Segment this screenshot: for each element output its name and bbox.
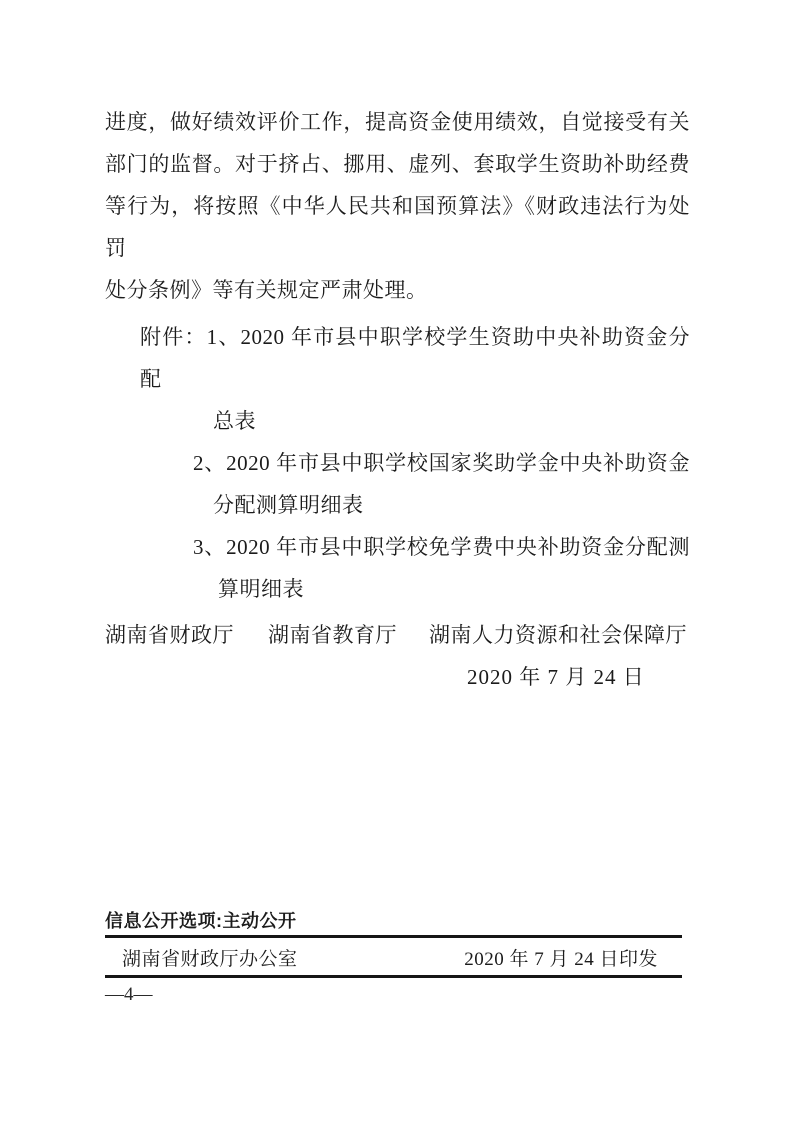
paragraph-line: 处分条例》等有关规定严肃处理。 <box>105 269 690 311</box>
issuing-office: 湖南省财政厅办公室 <box>105 946 298 974</box>
attachment-item-1: 附件：1、2020 年市县中职学校学生资助中央补助资金分配 <box>140 316 690 400</box>
attachment-item-3-continuation: 算明细表 <box>140 568 690 610</box>
disclosure-option: 信息公开选项:主动公开 <box>105 909 297 933</box>
agency-finance-dept: 湖南省财政厅 <box>105 614 234 656</box>
footer-divider-bottom <box>105 975 682 978</box>
agency-education-dept: 湖南省教育厅 <box>268 614 397 656</box>
footer-divider-top <box>105 935 682 938</box>
paragraph-line: 部门的监督。对于挤占、挪用、虚列、套取学生资助补助经费 <box>105 143 690 185</box>
attachment-list: 附件：1、2020 年市县中职学校学生资助中央补助资金分配 总表 2、2020 … <box>140 316 690 610</box>
footer-row: 湖南省财政厅办公室 2020 年 7 月 24 日印发 <box>105 946 682 974</box>
attachment-item-1-continuation: 总表 <box>140 400 690 442</box>
attachment-item-2-continuation: 分配测算明细表 <box>140 484 690 526</box>
agency-hr-social-security-dept: 湖南人力资源和社会保障厅 <box>429 614 687 656</box>
issue-date: 2020 年 7 月 24 日 <box>467 656 645 698</box>
body-paragraph: 进度，做好绩效评价工作，提高资金使用绩效，自觉接受有关 部门的监督。对于挤占、挪… <box>105 101 690 311</box>
issuing-agencies: 湖南省财政厅 湖南省教育厅 湖南人力资源和社会保障厅 <box>0 614 793 656</box>
attachment-item-3: 3、2020 年市县中职学校免学费中央补助资金分配测 <box>140 526 690 568</box>
document-page: 进度，做好绩效评价工作，提高资金使用绩效，自觉接受有关 部门的监督。对于挤占、挪… <box>0 0 793 1122</box>
print-date: 2020 年 7 月 24 日印发 <box>464 946 682 974</box>
paragraph-line: 进度，做好绩效评价工作，提高资金使用绩效，自觉接受有关 <box>105 101 690 143</box>
paragraph-line: 等行为，将按照《中华人民共和国预算法》《财政违法行为处罚 <box>105 185 690 269</box>
attachment-item-2: 2、2020 年市县中职学校国家奖助学金中央补助资金 <box>140 442 690 484</box>
page-number: —4— <box>105 983 153 1007</box>
